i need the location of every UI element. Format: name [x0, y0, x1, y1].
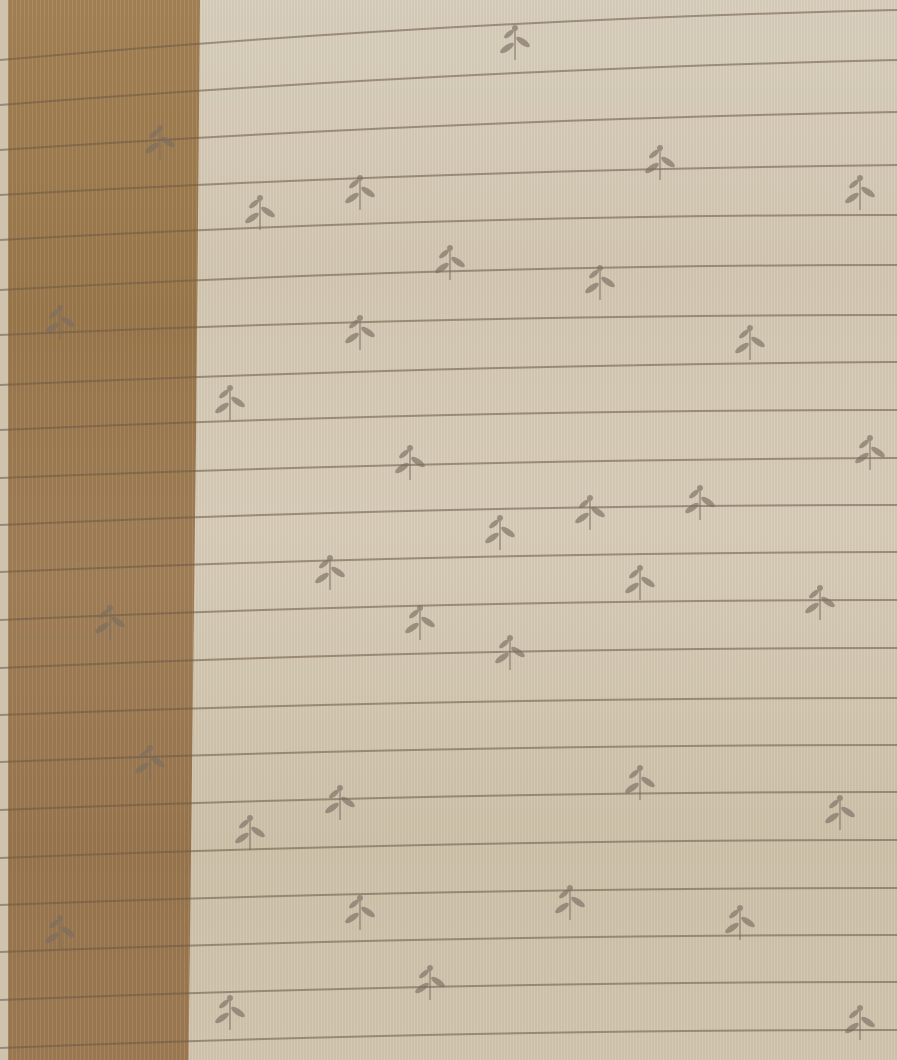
- fabric-photo: [0, 0, 897, 1060]
- floral-motifs: [0, 0, 897, 1060]
